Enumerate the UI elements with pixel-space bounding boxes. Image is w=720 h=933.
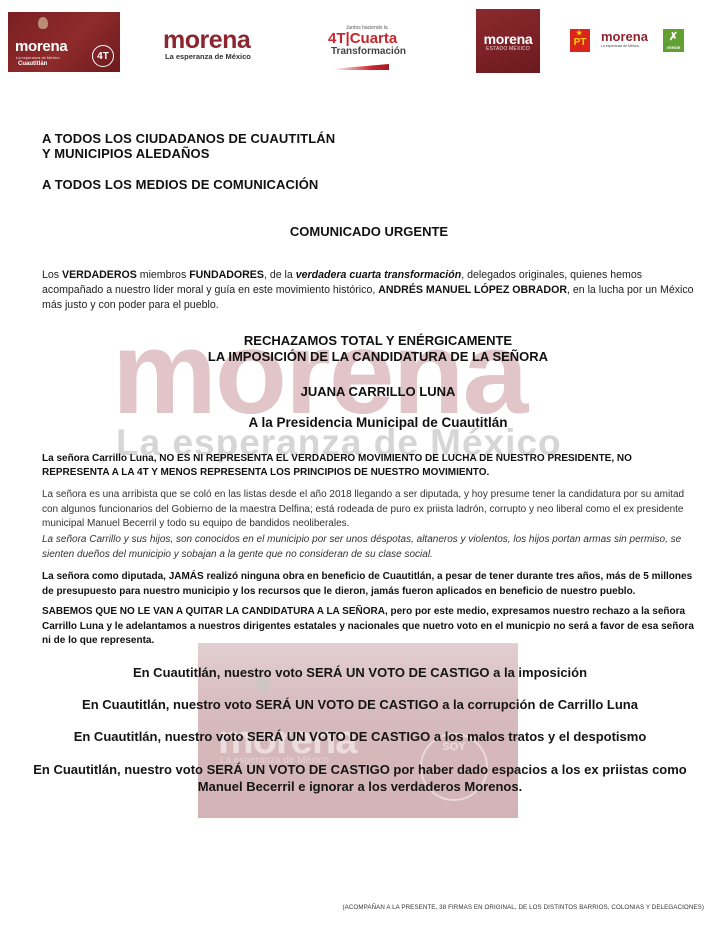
- logo-word: morena: [601, 30, 648, 43]
- logo-coalition: PT morena La esperanza de México ✗ VERDE: [570, 29, 688, 53]
- logo-place: Cuautitlán: [18, 61, 47, 67]
- candidate-seat: A la Presidencia Municipal de Cuautitlán: [0, 415, 720, 431]
- bold-run: VERDADEROS: [62, 269, 137, 281]
- signatures-footnote: (ACOMPAÑAN A LA PRESENTE, 38 FIRMAS EN O…: [342, 904, 704, 911]
- logo-morena-cuautitlan: morena La esperanza de México Cuautitlán…: [8, 12, 120, 72]
- document-title: COMUNICADO URGENTE: [0, 224, 720, 239]
- logo-cuarta: Cuarta: [350, 30, 398, 47]
- logo-tagline: La esperanza de México: [601, 44, 639, 48]
- vow-line: En Cuautitlán, nuestro voto SERÁ UN VOTO…: [0, 728, 720, 745]
- 4t-badge-icon: 4T: [92, 45, 114, 67]
- rejection-heading: RECHAZAMOS TOTAL Y ENÉRGICAMENTE LA IMPO…: [0, 333, 720, 365]
- addressee-citizens: A TODOS LOS CIUDADANOS DE CUAUTITLÁN Y M…: [42, 131, 335, 161]
- swoosh-icon: [333, 64, 389, 70]
- eagle-icon: [38, 17, 48, 29]
- claim-paragraph: SABEMOS QUE NO LE VAN A QUITAR LA CANDID…: [42, 605, 698, 649]
- claim-paragraph: La señora Carrillo y sus hijos, son cono…: [42, 533, 698, 562]
- claim-paragraph: La señora Carrillo Luna, NO ES NI REPRES…: [42, 452, 698, 480]
- logo-word: morena: [15, 38, 67, 55]
- logo-morena-estado-mexico: morena ESTADO MÉXICO: [476, 9, 540, 73]
- logo-morena: morena La esperanza de México: [163, 28, 268, 62]
- addressee-line: Y MUNICIPIOS ALEDAÑOS: [42, 146, 335, 161]
- candidate-name: JUANA CARRILLO LUNA: [0, 384, 720, 400]
- vow-line: En Cuautitlán, nuestro voto SERÁ UN VOTO…: [0, 664, 720, 681]
- logo-word: morena: [163, 28, 268, 52]
- claim-paragraph: La señora como diputada, JAMÁS realizó n…: [42, 570, 698, 599]
- claim-paragraph: La señora es una arribista que se coló e…: [42, 488, 698, 532]
- addressee-line: A TODOS LOS CIUDADANOS DE CUAUTITLÁN: [42, 131, 335, 146]
- logo-word: morena: [476, 32, 540, 46]
- verde-label: VERDE: [667, 45, 681, 50]
- toucan-icon: ✗: [663, 29, 684, 45]
- italic-run: verdadera cuarta transformación: [296, 269, 461, 281]
- vow-line: En Cuautitlán, nuestro voto SERÁ UN VOTO…: [0, 761, 720, 795]
- pt-party-icon: PT: [570, 29, 590, 52]
- logo-4t: 4T: [328, 30, 346, 47]
- bold-run: ANDRÉS MANUEL LÓPEZ OBRADOR: [378, 284, 567, 296]
- vow-line: En Cuautitlán, nuestro voto SERÁ UN VOTO…: [0, 696, 720, 713]
- logo-tagline: La esperanza de México: [16, 55, 60, 60]
- verde-party-icon: ✗ VERDE: [663, 29, 684, 52]
- text-run: , de la: [264, 269, 296, 281]
- text-run: Los: [42, 269, 62, 281]
- logo-cuarta-transformacion: Juntos haciendo la 4T|Cuarta Transformac…: [325, 24, 420, 74]
- addressee-media: A TODOS LOS MEDIOS DE COMUNICACIÓN: [42, 177, 318, 192]
- logo-subtitle: Transformación: [331, 46, 406, 57]
- bold-run: FUNDADORES: [189, 269, 264, 281]
- logo-tagline: La esperanza de México: [165, 52, 268, 61]
- rejection-line: LA IMPOSICIÓN DE LA CANDIDATURA DE LA SE…: [36, 349, 720, 365]
- logo-title: 4T|Cuarta: [328, 30, 397, 47]
- intro-paragraph: Los VERDADEROS miembros FUNDADORES, de l…: [42, 268, 698, 313]
- text-run: miembros: [137, 269, 189, 281]
- rejection-line: RECHAZAMOS TOTAL Y ENÉRGICAMENTE: [36, 333, 720, 349]
